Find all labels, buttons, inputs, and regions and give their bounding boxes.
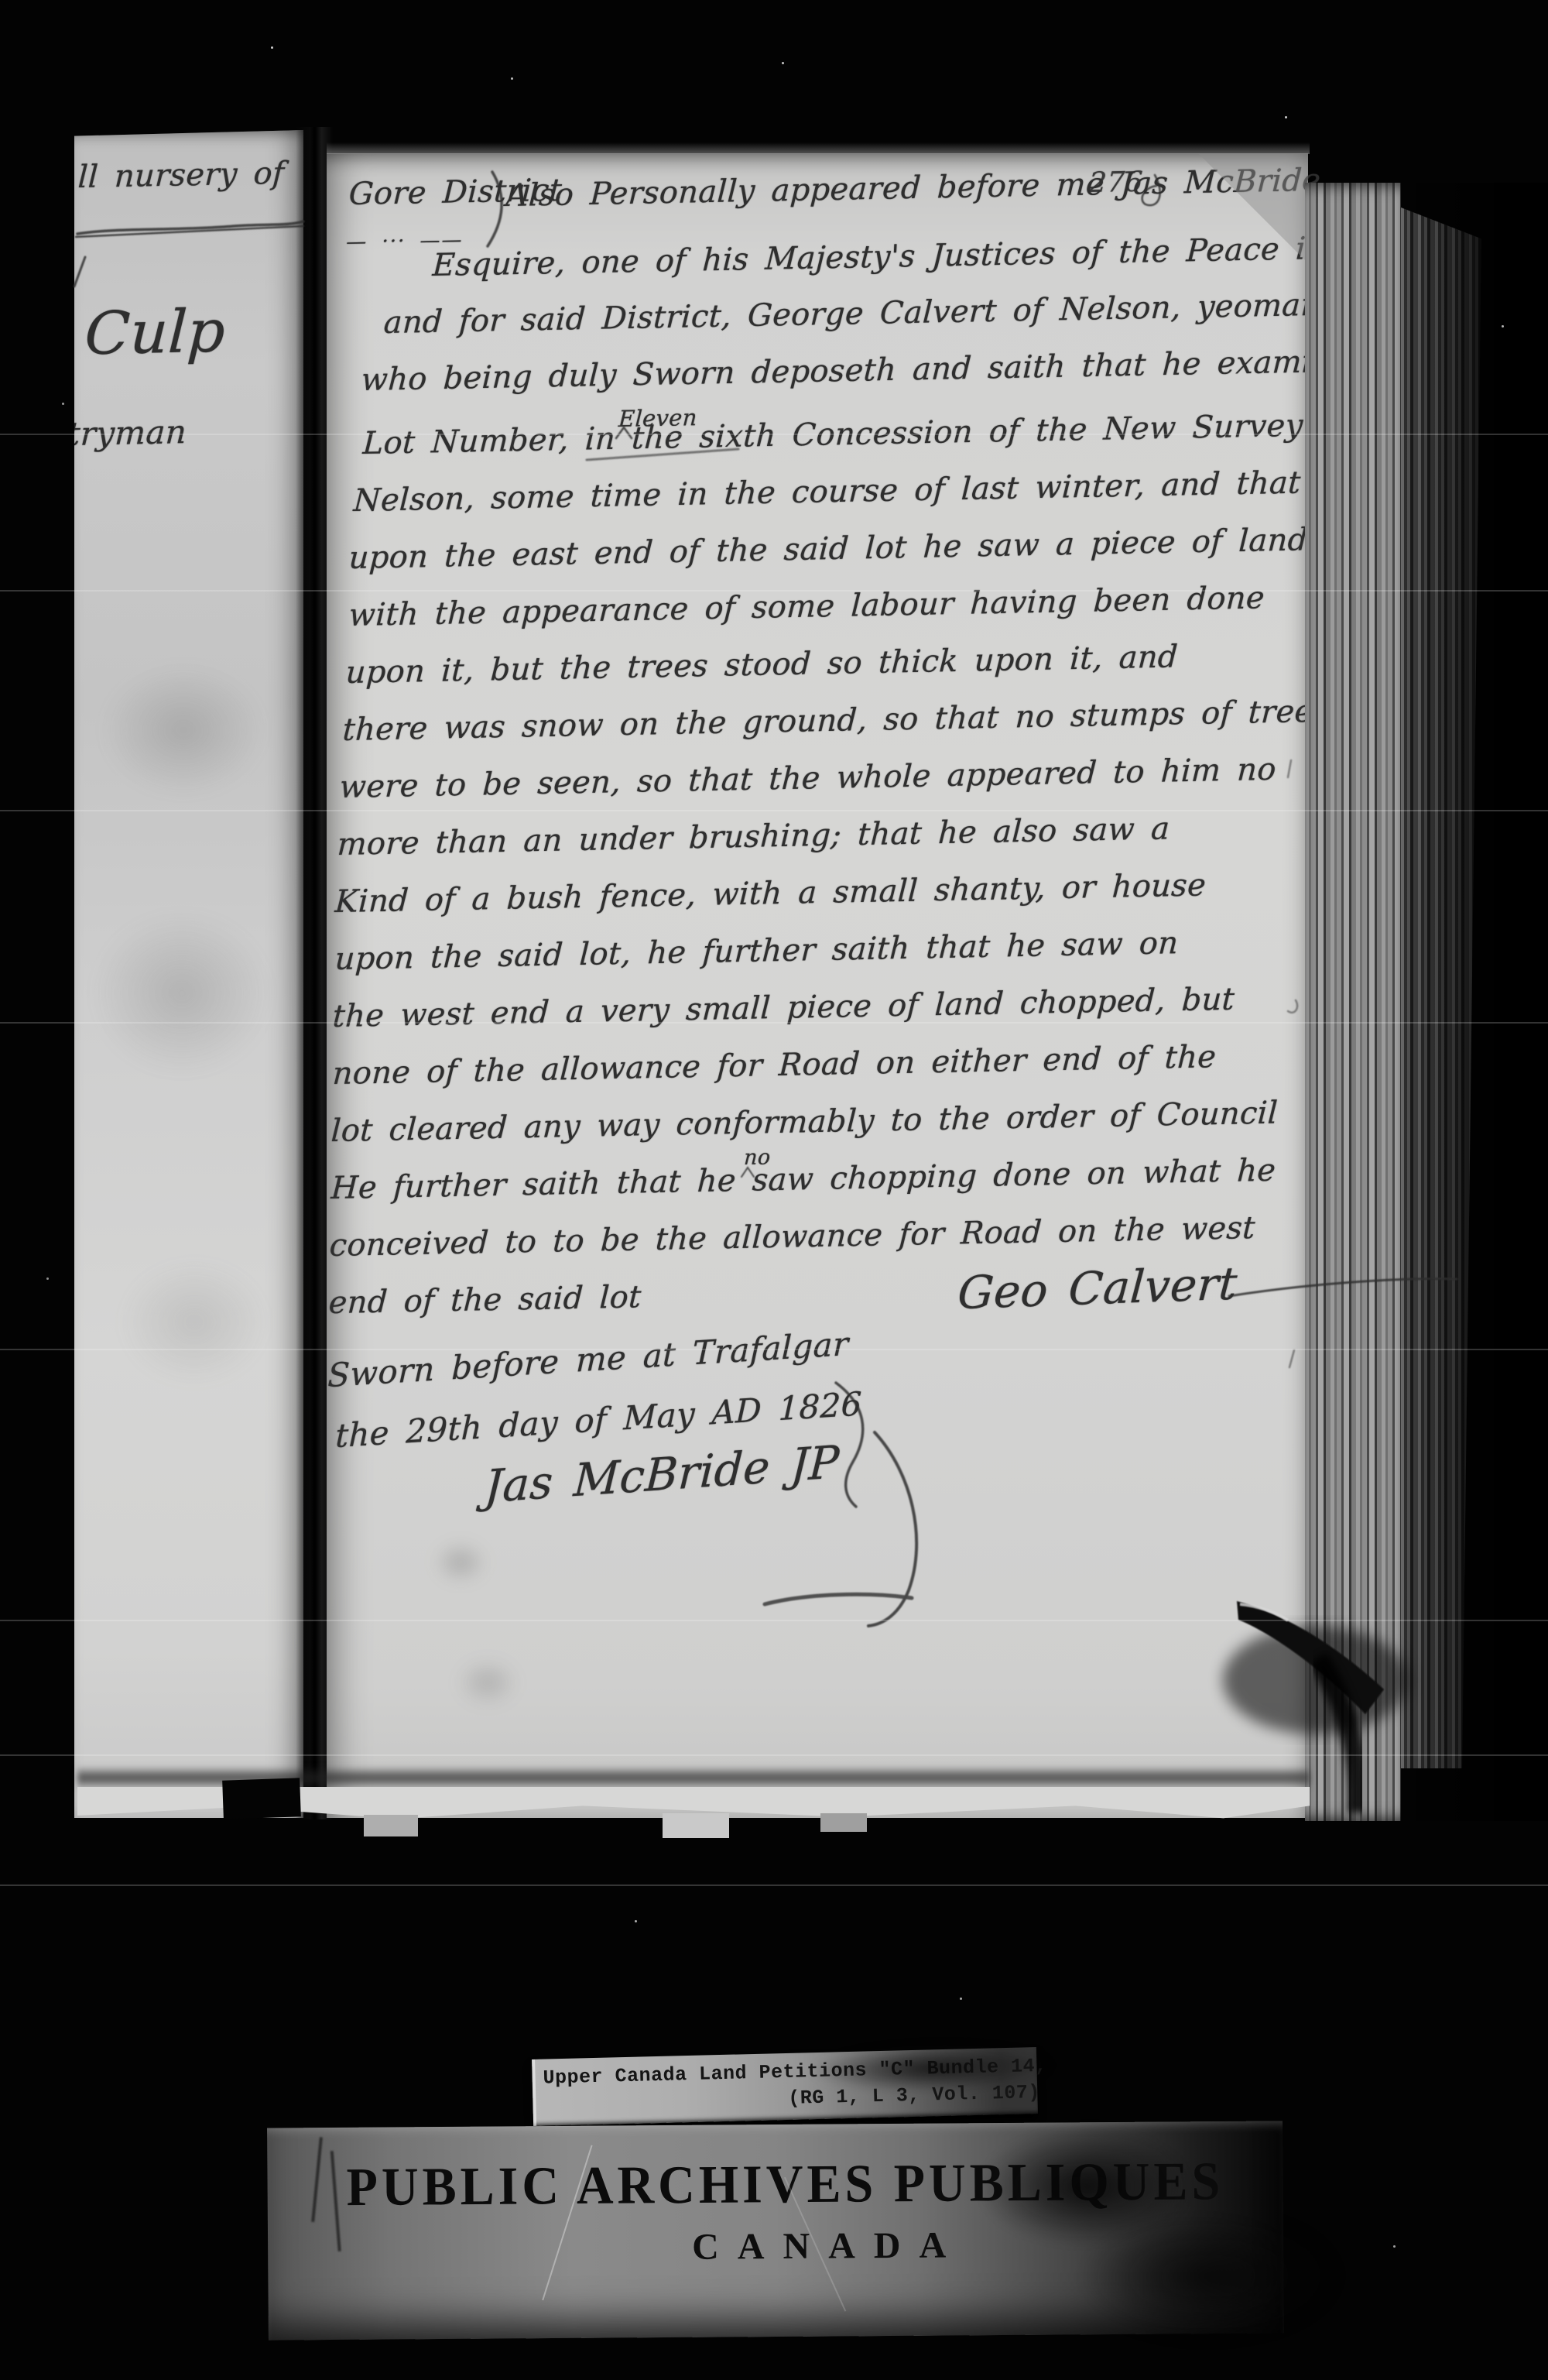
jp-signature: Jas McBride JP (483, 1435, 841, 1513)
scan-line (0, 1022, 1548, 1024)
page-edge-stack (1305, 183, 1401, 1821)
page-bottom-tear (222, 1778, 301, 1819)
scan-line (0, 810, 1548, 811)
page-top-edge-shadow (327, 142, 1310, 154)
main-page: Gore District — ··· —— 276 Also Personal… (327, 153, 1308, 1818)
manuscript-line: the west end a very small piece of land … (332, 982, 1236, 1034)
card-edge-mark (330, 2151, 341, 2251)
manuscript-line: more than an under brushing; that he als… (337, 811, 1171, 862)
bleedthrough-blob (102, 664, 265, 796)
manuscript-line: were to be seen, so that the whole appea… (339, 752, 1277, 805)
manuscript-line: upon the said lot, he further saith that… (334, 925, 1180, 977)
left-fragment-nursery: ll nursery of (77, 156, 286, 195)
scan-line (0, 1754, 1548, 1756)
manuscript-line: Also Personally appeared before me Jas M… (505, 163, 1322, 214)
manuscript-line: lot cleared any way conformably to the o… (330, 1096, 1279, 1150)
bleedthrough-blob (121, 1260, 268, 1384)
microfilm-scan-page: ll nursery of Culp tryman Gore District … (0, 0, 1548, 2380)
page-bottom-tab (820, 1813, 867, 1832)
manuscript-line: and for said District, George Calvert of… (383, 287, 1322, 341)
manuscript-line: upon the east end of the said lot he saw… (348, 522, 1309, 576)
left-fragment-signature-culp: Culp (83, 297, 227, 369)
manuscript-line: end of the said lot (328, 1279, 642, 1321)
manuscript-line: who being duly Sworn deposeth and saith … (361, 343, 1372, 398)
manuscript-line: Nelson, some time in the course of last … (353, 465, 1302, 520)
page-bottom-tab (663, 1813, 729, 1838)
attestation-line: Sworn before me at Trafalgar (327, 1325, 849, 1394)
manuscript-line: Kind of a bush fence, with a small shant… (334, 867, 1207, 920)
archives-banner: PUBLIC ARCHIVES PUBLIQUES CANADA (267, 2121, 1284, 2340)
manuscript-line: He further saith that he saw chopping do… (330, 1153, 1277, 1206)
reference-label: Upper Canada Land Petitions "C" Bundle 1… (532, 2047, 1038, 2126)
left-page: ll nursery of Culp tryman (74, 130, 303, 1818)
archives-country: CANADA (692, 2224, 964, 2268)
deponent-signature: Geo Calvert (956, 1257, 1239, 1319)
label-dark-blotch (809, 2042, 1052, 2095)
manuscript-line: conceived to to be the allowance for Roa… (329, 1210, 1256, 1264)
scan-line (0, 1620, 1548, 1621)
card-edge-mark (311, 2137, 323, 2222)
scan-line (0, 1884, 1548, 1886)
smudge-blob (433, 1541, 488, 1584)
page-bottom-tab (364, 1815, 418, 1836)
manuscript-line: none of the allowance for Road on either… (332, 1039, 1218, 1092)
manuscript-line: there was snow on the ground, so that no… (342, 694, 1331, 749)
bleedthrough-blob (93, 912, 271, 1075)
manuscript-line: upon it, but the trees stood so thick up… (345, 639, 1179, 691)
manuscript-line: Esquire, one of his Majesty's Justices o… (432, 231, 1327, 283)
manuscript-line: with the appearance of some labour havin… (348, 580, 1265, 633)
scan-line (0, 1349, 1548, 1350)
scan-line (0, 434, 1548, 435)
page-edge-shadow (1398, 183, 1548, 1821)
smudge-blob (457, 1658, 519, 1706)
scan-line (0, 590, 1548, 592)
dust-specks (271, 46, 273, 49)
banner-dark-blotch (1081, 2214, 1337, 2339)
